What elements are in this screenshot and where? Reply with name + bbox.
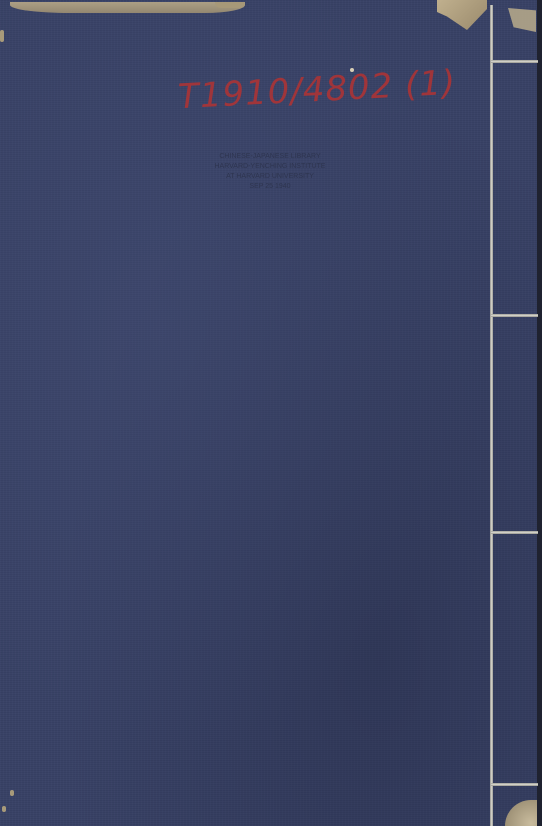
worn-top-edge-patch bbox=[215, 2, 245, 8]
stamp-line: HARVARD-YENCHING INSTITUTE bbox=[205, 162, 335, 172]
worn-spot bbox=[10, 790, 14, 796]
binding-thread-vertical bbox=[490, 5, 493, 826]
stamp-line: CHINESE-JAPANESE LIBRARY bbox=[205, 152, 335, 162]
stamp-date: SEP 25 1940 bbox=[205, 182, 335, 192]
binding-stitch bbox=[491, 531, 538, 534]
book-cover bbox=[0, 0, 542, 826]
binding-stitch bbox=[491, 783, 538, 786]
worn-spot bbox=[2, 806, 6, 812]
binding-stitch bbox=[491, 60, 538, 63]
worn-left-edge bbox=[0, 30, 4, 42]
worn-top-edge bbox=[10, 2, 245, 13]
binding-stitch bbox=[491, 314, 538, 317]
book-edge bbox=[537, 0, 542, 826]
library-stamp: CHINESE-JAPANESE LIBRARY HARVARD-YENCHIN… bbox=[205, 152, 335, 192]
stamp-line: AT HARVARD UNIVERSITY bbox=[205, 172, 335, 182]
